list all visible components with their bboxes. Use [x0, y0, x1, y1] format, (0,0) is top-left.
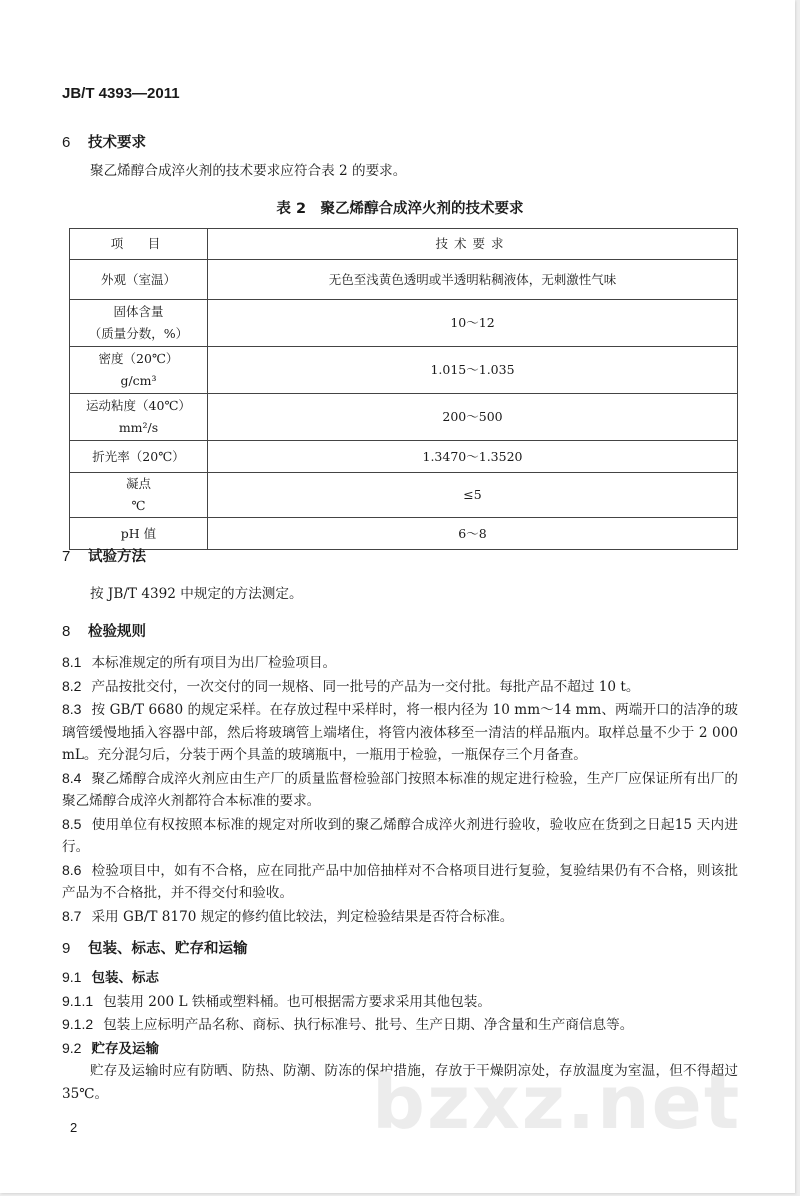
table-row: 凝点℃ ≤5 [70, 473, 738, 518]
row-item: 外观（室温） [70, 260, 208, 300]
table-row: 密度（20℃）g/cm³ 1.015～1.035 [70, 347, 738, 394]
page-number: 2 [70, 1120, 77, 1135]
standard-id-header: JB/T 4393—2011 [62, 85, 180, 102]
section-6-intro: 聚乙烯醇合成淬火剂的技术要求应符合表 2 的要求。 [62, 160, 738, 183]
clause-8-3: 8.3按 GB/T 6680 的规定采样。在存放过程中采样时，将一根内径为 10… [62, 698, 738, 767]
column-header-item: 项 目 [70, 229, 208, 260]
section-number: 6 [62, 134, 88, 151]
section-8-heading: 8检验规则 [62, 620, 146, 641]
clause-8-7: 8.7采用 GB/T 8170 规定的修约值比较法，判定检验结果是否符合标准。 [62, 905, 738, 929]
clause-8-4: 8.4聚乙烯醇合成淬火剂应由生产厂的质量监督检验部门按照本标准的规定进行检验，生… [62, 767, 738, 813]
table-caption: 表 2 聚乙烯醇合成淬火剂的技术要求 [0, 197, 800, 218]
document-page: JB/T 4393—2011 6技术要求 聚乙烯醇合成淬火剂的技术要求应符合表 … [0, 0, 795, 1193]
clause-8-6: 8.6检验项目中，如有不合格，应在同批产品中加倍抽样对不合格项目进行复验，复验结… [62, 859, 738, 905]
clause-9-2-heading: 9.2贮存及运输 [62, 1037, 738, 1061]
table-row: 折光率（20℃） 1.3470～1.3520 [70, 441, 738, 473]
section-title: 技术要求 [88, 135, 146, 151]
section-9-heading: 9包装、标志、贮存和运输 [62, 937, 248, 958]
column-header-requirement: 技术要求 [208, 229, 738, 260]
section-6-heading: 6技术要求 [62, 131, 146, 152]
section-7-heading: 7试验方法 [62, 545, 146, 566]
row-item: 密度（20℃）g/cm³ [70, 347, 208, 394]
row-value: 1.3470～1.3520 [208, 441, 738, 473]
watermark: bzxz.net [372, 1060, 741, 1146]
section-7-text: 按 JB/T 4392 中规定的方法测定。 [62, 583, 738, 606]
row-value: 1.015～1.035 [208, 347, 738, 394]
row-value: 10～12 [208, 300, 738, 347]
table-header-row: 项 目 技术要求 [70, 229, 738, 260]
row-item: 凝点℃ [70, 473, 208, 518]
row-value: ≤5 [208, 473, 738, 518]
clause-9-1-2: 9.1.2包装上应标明产品名称、商标、执行标准号、批号、生产日期、净含量和生产商… [62, 1013, 738, 1037]
table-row: 外观（室温） 无色至浅黄色透明或半透明粘稠液体，无刺激性气味 [70, 260, 738, 300]
row-value: 200～500 [208, 394, 738, 441]
table-row: 固体含量（质量分数，%） 10～12 [70, 300, 738, 347]
row-item: 固体含量（质量分数，%） [70, 300, 208, 347]
clause-9-1-1: 9.1.1包装用 200 L 铁桶或塑料桶。也可根据需方要求采用其他包装。 [62, 990, 738, 1014]
row-item: 折光率（20℃） [70, 441, 208, 473]
clause-8-5: 8.5使用单位有权按照本标准的规定对所收到的聚乙烯醇合成淬火剂进行验收，验收应在… [62, 813, 738, 859]
table-row: 运动粘度（40℃）mm²/s 200～500 [70, 394, 738, 441]
row-item: 运动粘度（40℃）mm²/s [70, 394, 208, 441]
table-row: pH 值 6～8 [70, 518, 738, 550]
clause-9-1-heading: 9.1包装、标志 [62, 966, 738, 990]
section-8-clauses: 8.1本标准规定的所有项目为出厂检验项目。 8.2产品按批交付，一次交付的同一规… [62, 651, 738, 928]
spec-table: 项 目 技术要求 外观（室温） 无色至浅黄色透明或半透明粘稠液体，无刺激性气味 … [69, 228, 738, 550]
clause-8-1: 8.1本标准规定的所有项目为出厂检验项目。 [62, 651, 738, 675]
clause-8-2: 8.2产品按批交付，一次交付的同一规格、同一批号的产品为一交付批。每批产品不超过… [62, 675, 738, 699]
row-value: 6～8 [208, 518, 738, 550]
row-value: 无色至浅黄色透明或半透明粘稠液体，无刺激性气味 [208, 260, 738, 300]
